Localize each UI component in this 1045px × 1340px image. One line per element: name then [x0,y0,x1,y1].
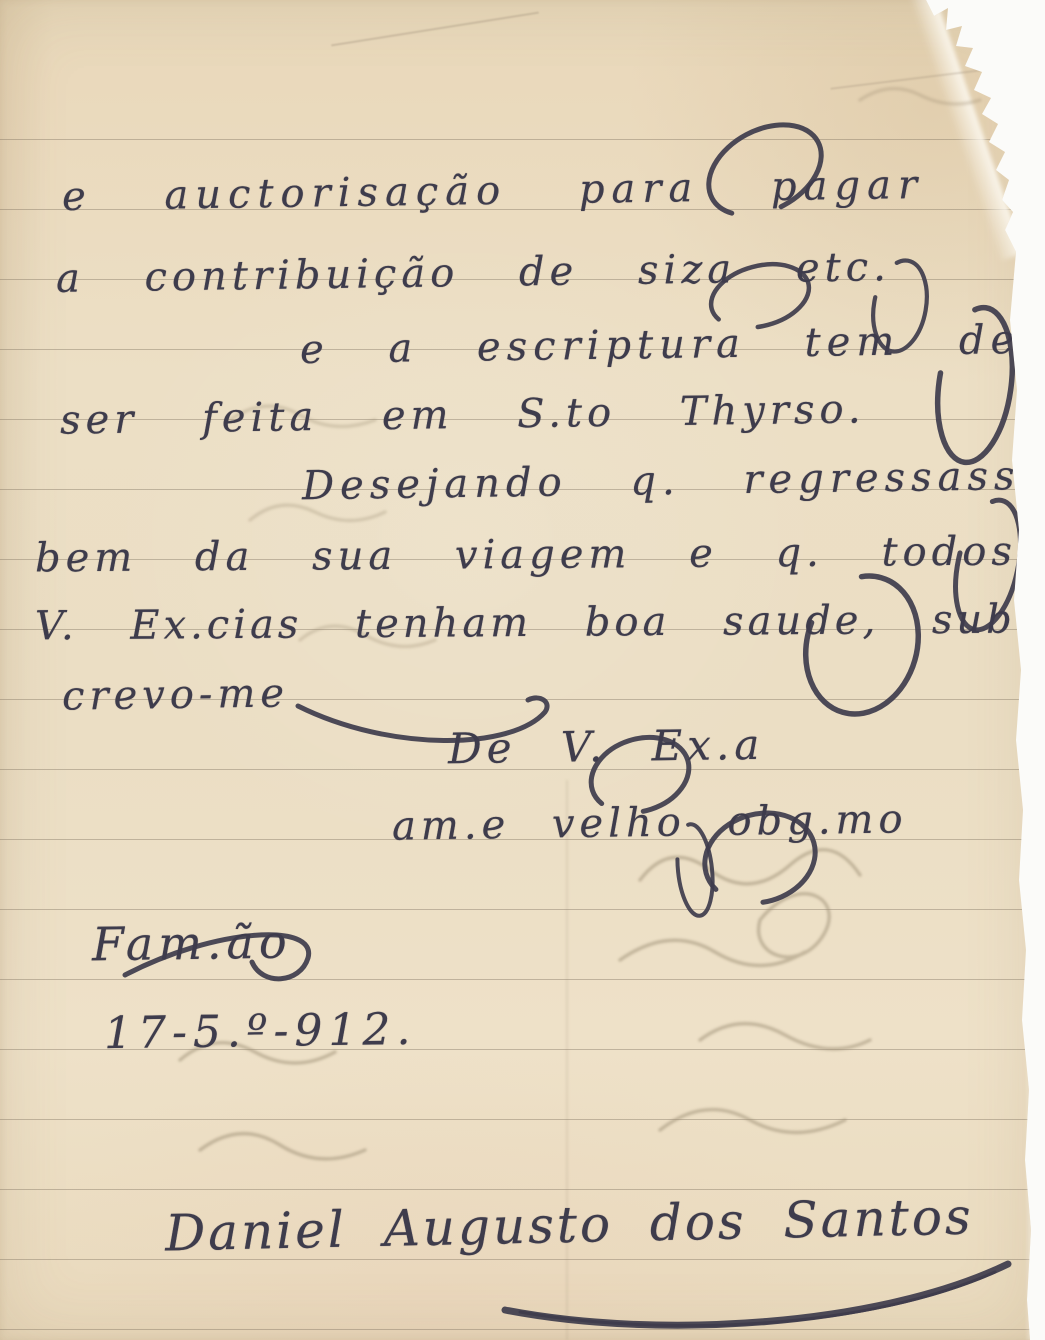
ink-flourishes [0,0,1045,1340]
letter-paper: e auctorisação para pagar a contribuição… [0,0,1034,1340]
scanned-letter-page: e auctorisação para pagar a contribuição… [0,0,1045,1340]
deckle-edge-fringe [1025,240,1034,1340]
